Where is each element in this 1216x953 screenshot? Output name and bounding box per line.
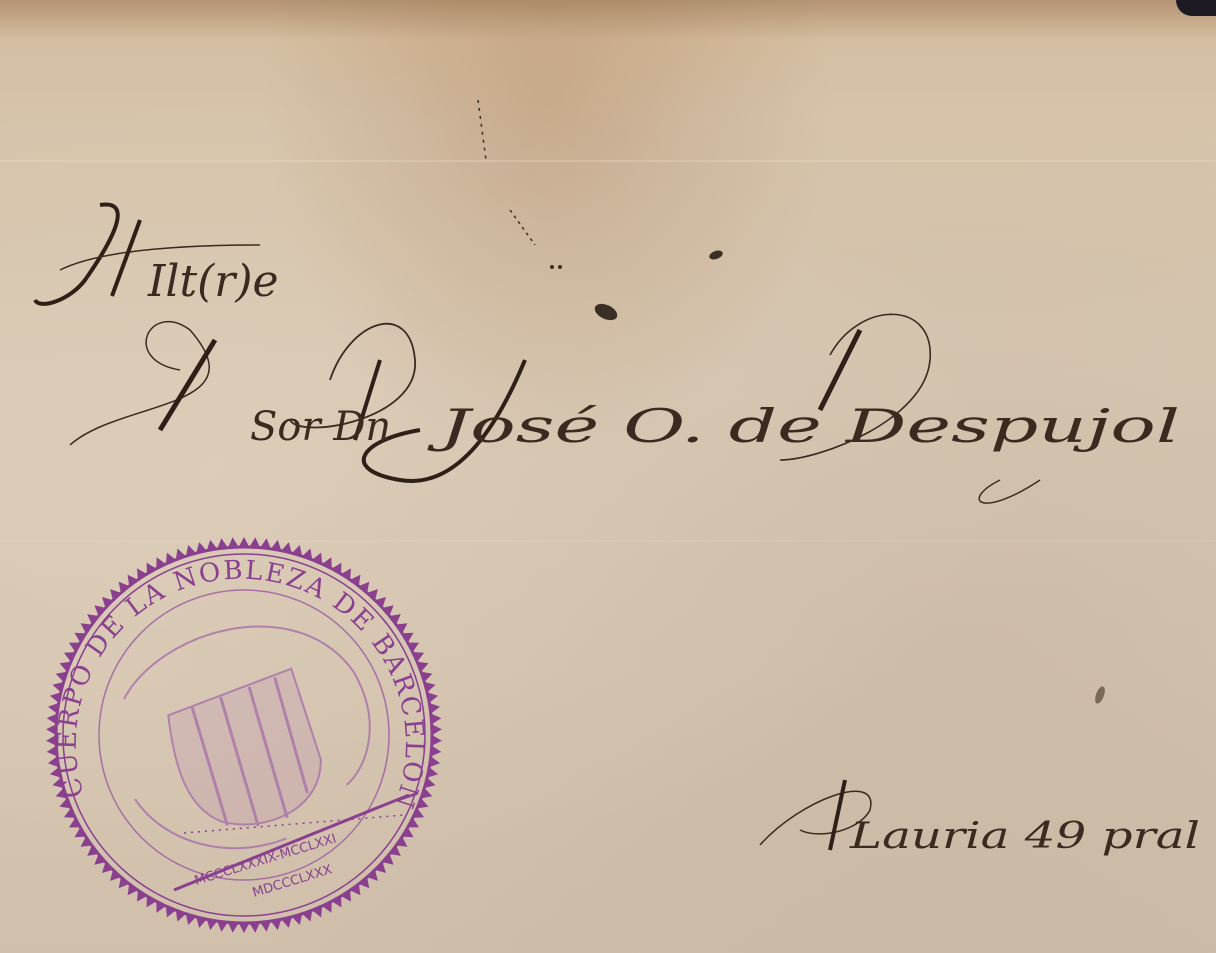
title-text: Sor Dn <box>250 404 391 450</box>
honorific-text: Ilt(r)e <box>147 256 279 307</box>
recipient-name: José O. de Despujol <box>427 399 1180 453</box>
handwriting-honorific: Ilt(r)e <box>35 204 279 307</box>
handwriting-street: Lauria 49 pral <box>760 780 1200 857</box>
envelope: Ilt(r)e Sor Dn José O. de Despujol Lauri… <box>0 0 1216 953</box>
street-address: Lauria 49 pral <box>849 816 1200 857</box>
shield-emblem <box>105 605 392 870</box>
ink-layer: Ilt(r)e Sor Dn José O. de Despujol Lauri… <box>0 0 1216 953</box>
seal-stamp: CUERPO DE LA NOBLEZA DE BARCELONA MCCCLX… <box>46 537 442 933</box>
handwriting-name-line: Sor Dn José O. de Despujol <box>70 314 1180 503</box>
